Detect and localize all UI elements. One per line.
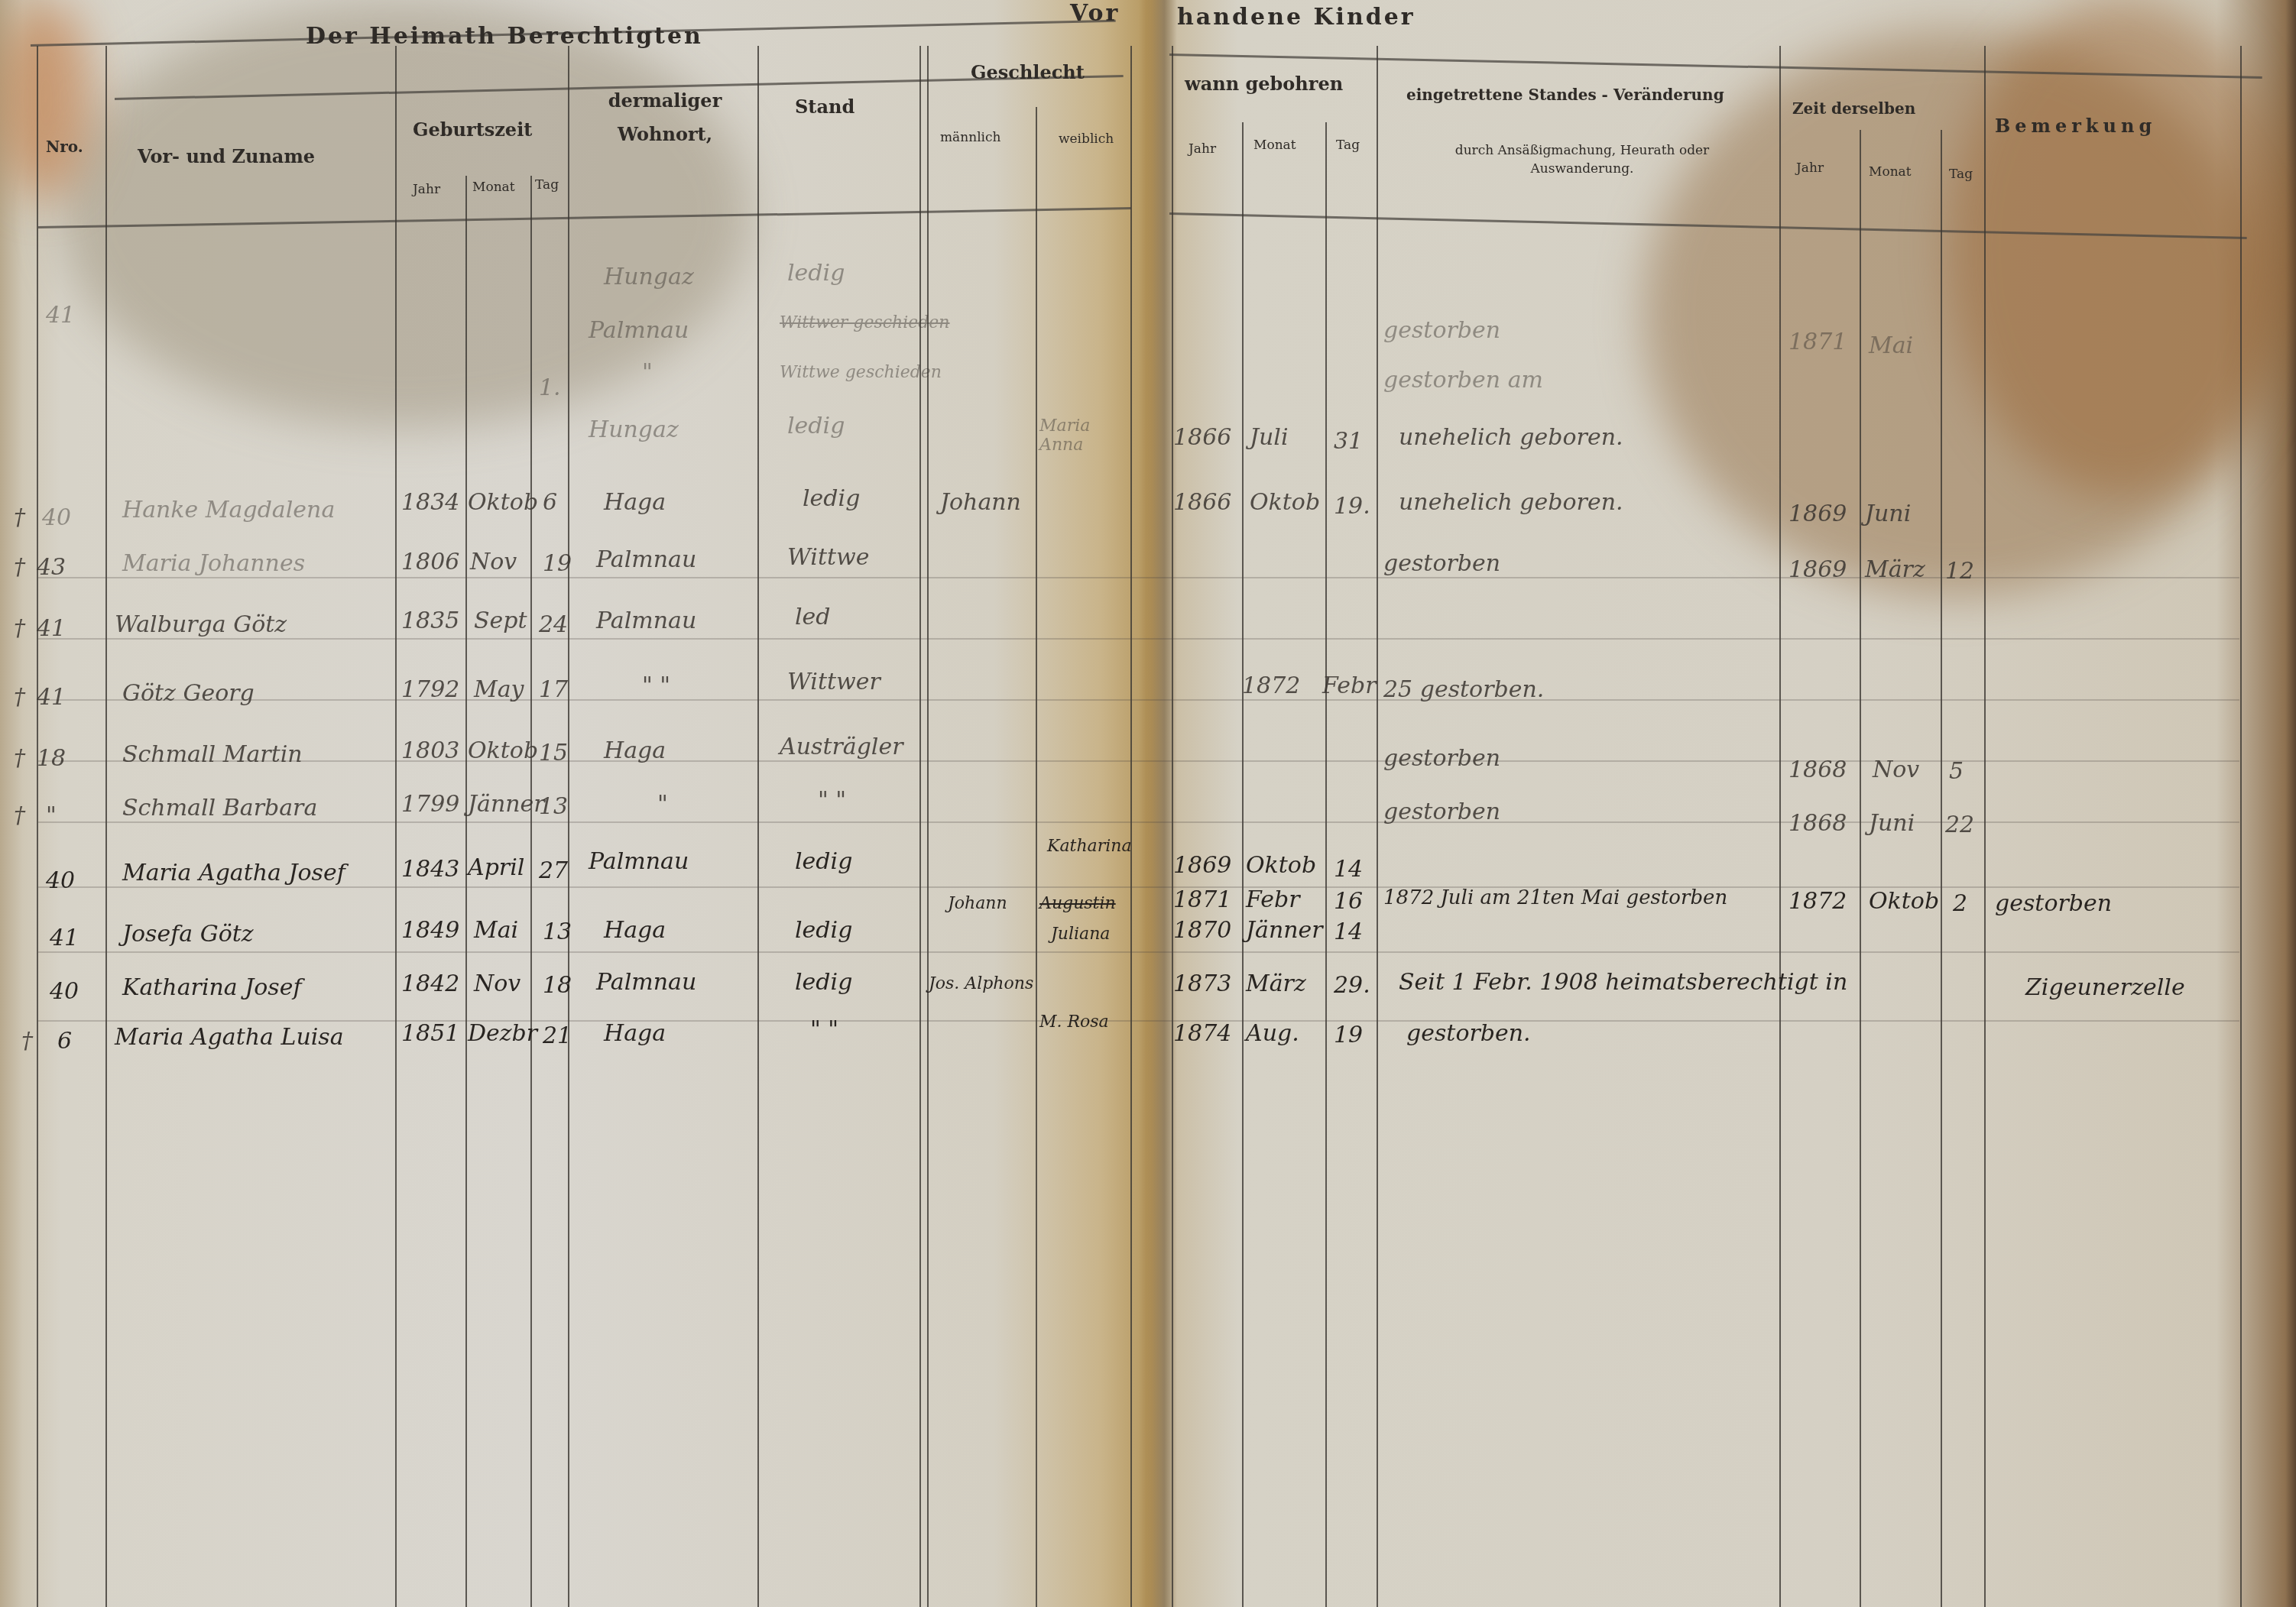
cell-name: Schmall Martin — [122, 741, 303, 768]
cell-wohnort: " — [657, 791, 668, 818]
header-weiblich: weiblich — [1059, 131, 1114, 147]
cell-tag: 27 — [539, 857, 568, 884]
cell-nro: 40 — [42, 504, 71, 531]
cell-z-jahr: 1871 — [1788, 329, 1847, 355]
cell-monat: Nov — [474, 970, 520, 997]
cell-stand: ledig — [787, 260, 845, 287]
cell-stand: " " — [810, 1016, 838, 1043]
cell-monat: Oktob — [468, 737, 538, 764]
cell-jahr: 1792 — [401, 676, 459, 703]
header-z-jahr: Jahr — [1796, 160, 1824, 176]
header-geb-jahr: Jahr — [413, 182, 440, 197]
col-line — [530, 176, 532, 1607]
cell-wohnort: Palmnau — [596, 969, 696, 996]
col-line — [919, 46, 921, 1607]
cell-k-monat: Oktob — [1246, 852, 1316, 879]
header-stand: Stand — [795, 96, 855, 118]
cell-k-tag: 16 — [1334, 888, 1363, 915]
death-cross-mark: † — [14, 554, 25, 581]
cell-z-tag: 2 — [1953, 890, 1967, 917]
cell-stand: ledig — [787, 413, 845, 439]
cell-weiblich: Augustin — [1039, 894, 1116, 913]
cell-z-tag: 22 — [1945, 812, 1974, 838]
death-cross-mark: † — [14, 504, 25, 531]
cell-jahr: 1806 — [401, 549, 459, 575]
cell-z-monat: Juni — [1865, 501, 1911, 527]
cell-nro: 6 — [57, 1028, 72, 1055]
cell-stand: Wittwer geschieden — [780, 313, 950, 332]
col-line — [1036, 107, 1037, 1607]
cell-tag: 13 — [539, 793, 568, 820]
cell-monat: Oktob — [468, 489, 538, 516]
death-cross-mark: † — [14, 615, 25, 642]
cell-k-monat: Juli — [1250, 424, 1289, 451]
col-line — [1377, 46, 1378, 1607]
cell-z-monat: Nov — [1873, 757, 1919, 783]
col-line — [37, 46, 38, 1607]
cell-monat: Dezbr — [468, 1020, 537, 1047]
cell-wohnort: Haga — [604, 489, 666, 516]
cell-k-jahr: 1872 — [1242, 672, 1300, 699]
cell-wohnort: Palmnau — [596, 546, 696, 573]
cell-wohnort: Hungaz — [604, 264, 694, 290]
cell-tag: 15 — [539, 740, 568, 766]
cell-stand: ledig — [795, 917, 852, 944]
open-register-book: Der Heimath Berechtigten Nro. Vor- und Z… — [0, 0, 2296, 1607]
col-line — [105, 46, 107, 1607]
cell-k-monat: Febr — [1246, 886, 1299, 913]
header-bemerkung: Bemerkung — [1995, 115, 2156, 137]
header-k-jahr: Jahr — [1189, 141, 1216, 157]
col-line — [927, 46, 929, 1607]
header-geschlecht: Geschlecht — [971, 61, 1085, 83]
cell-k-monat: Jänner — [1246, 917, 1323, 944]
row-rule — [38, 1020, 2239, 1022]
cell-nro: 41 — [46, 302, 75, 329]
header-standes-veraenderung: eingetrettene Standes - Veränderung — [1406, 86, 1724, 104]
cell-name: Maria Agatha Josef — [122, 860, 345, 886]
col-line — [1130, 46, 1132, 1607]
cell-nro: 41 — [50, 925, 79, 951]
cell-wohnort: Palmnau — [589, 848, 689, 875]
cell-veraenderung: unehelich geboren. — [1399, 424, 1623, 451]
header-z-monat: Monat — [1869, 164, 1912, 180]
cell-monat: Nov — [470, 549, 517, 575]
cell-k-monat: März — [1246, 970, 1306, 997]
cell-maennlich: Johann — [940, 489, 1021, 516]
cell-veraenderung: gestorben — [1383, 550, 1500, 577]
header-name: Vor- und Zuname — [138, 145, 315, 167]
death-cross-mark: † — [14, 802, 25, 829]
cell-monat: Jänner — [468, 791, 545, 818]
cell-bemerkung: Zigeunerzelle — [2025, 974, 2185, 1001]
cell-veraenderung: gestorben. — [1406, 1020, 1531, 1047]
cell-name: Maria Agatha Luisa — [115, 1024, 344, 1051]
cell-k-tag: 29. — [1334, 972, 1370, 999]
cell-name: Götz Georg — [122, 680, 255, 707]
cell-jahr: 1842 — [401, 970, 459, 997]
cell-veraenderung: gestorben am — [1383, 367, 1543, 394]
death-cross-mark: † — [14, 745, 25, 772]
cell-monat: Mai — [474, 917, 518, 944]
row-rule — [38, 638, 2239, 640]
cell-k-tag: 14 — [1334, 919, 1363, 945]
cell-nro: 40 — [46, 867, 75, 894]
col-line — [395, 46, 397, 1607]
col-line — [1984, 46, 1986, 1607]
cell-stand: ledig — [795, 848, 852, 875]
header-k-monat: Monat — [1253, 138, 1296, 153]
cell-veraenderung: Seit 1 Febr. 1908 heimatsberechtigt in — [1399, 969, 1847, 996]
cell-wohnort: Palmnau — [589, 317, 689, 344]
cell-weiblich: Katharina — [1047, 837, 1132, 856]
cell-maennlich: Jos. Alphons — [929, 974, 1033, 993]
death-cross-mark: † — [21, 1028, 33, 1055]
col-line — [1941, 130, 1942, 1607]
cell-stand: " " — [818, 787, 846, 814]
cell-wohnort: Haga — [604, 737, 666, 764]
cell-name: Katharina Josef — [122, 974, 302, 1001]
cell-veraenderung: gestorben — [1383, 799, 1500, 825]
cell-z-jahr: 1869 — [1788, 556, 1847, 583]
cell-z-monat: Oktob — [1869, 888, 1939, 915]
cell-wohnort: Palmnau — [596, 607, 696, 634]
col-line — [1779, 46, 1781, 1607]
cell-k-tag: 19. — [1334, 493, 1370, 520]
cell-maennlich: Johann — [948, 894, 1007, 913]
cell-monat: May — [474, 676, 524, 703]
header-k-tag: Tag — [1336, 138, 1360, 153]
right-page-title: handene Kinder — [1177, 4, 1416, 31]
cell-k-monat: Oktob — [1250, 489, 1320, 516]
cell-k-tag: 14 — [1334, 856, 1363, 883]
cell-stand: Wittwe geschieden — [780, 363, 942, 382]
cell-stand: ledig — [803, 485, 860, 512]
col-line — [757, 46, 759, 1607]
cell-tag: 1. — [539, 374, 561, 401]
cell-tag: 17 — [539, 676, 568, 703]
cell-stand: ledig — [795, 969, 852, 996]
cell-k-jahr: 1869 — [1173, 852, 1231, 879]
cell-monat: April — [468, 854, 524, 881]
cell-wohnort: " " — [642, 672, 670, 699]
cell-tag: 24 — [539, 611, 568, 638]
cell-nro: 18 — [37, 745, 66, 772]
cell-stand: Wittwe — [787, 544, 869, 571]
cell-k-jahr: 1871 — [1173, 886, 1231, 913]
cell-monat: Sept — [474, 607, 527, 634]
cell-jahr: 1799 — [401, 791, 459, 818]
cell-z-monat: Mai — [1869, 332, 1913, 359]
col-line — [1325, 122, 1327, 1607]
cell-nro: 40 — [50, 978, 79, 1005]
cell-k-monat: Aug. — [1246, 1020, 1299, 1047]
header-nro: Nro. — [46, 138, 83, 156]
water-stain — [1643, 31, 2270, 596]
cell-wohnort: Haga — [604, 1020, 666, 1047]
cell-jahr: 1843 — [401, 856, 459, 883]
left-page-title: Der Heimath Berechtigten — [306, 23, 703, 50]
cell-name: Walburga Götz — [115, 611, 287, 638]
cell-z-tag: 5 — [1949, 758, 1964, 785]
cell-name: Hanke Magdalena — [122, 497, 335, 523]
header-geb-tag: Tag — [535, 177, 559, 193]
header-bottom-rule-right — [1169, 212, 2247, 239]
cell-veraenderung: 25 gestorben. — [1383, 676, 1544, 703]
cell-jahr: 1834 — [401, 489, 459, 516]
cell-jahr: 1803 — [401, 737, 459, 764]
cell-name: Schmall Barbara — [122, 795, 317, 821]
header-wann-gebohren: wann gebohren — [1185, 73, 1343, 95]
cell-nro: 43 — [37, 554, 66, 581]
cell-name: Maria Johannes — [122, 550, 305, 577]
cell-k-jahr: 1866 — [1173, 424, 1231, 451]
cell-z-jahr: 1868 — [1788, 757, 1847, 783]
header-standes-sub: durch Ansäßigmachung, Heurath oder Auswa… — [1414, 141, 1750, 178]
cell-k-monat: Febr — [1322, 672, 1376, 699]
cell-jahr: 1849 — [401, 917, 459, 944]
col-line — [2240, 46, 2242, 1607]
cell-k-tag: 31 — [1334, 428, 1363, 455]
row-rule — [38, 951, 2239, 953]
cell-k-jahr: 1874 — [1173, 1020, 1231, 1047]
water-stain — [0, 0, 92, 199]
cell-wohnort: " — [642, 359, 653, 386]
header-maennlich: männlich — [940, 130, 1001, 145]
cell-veraenderung: unehelich geboren. — [1399, 489, 1623, 516]
cell-tag: 21 — [543, 1022, 572, 1049]
cell-name: Josefa Götz — [122, 921, 254, 948]
cell-weiblich: Maria Anna — [1039, 416, 1124, 455]
cell-stand: Wittwer — [787, 669, 880, 695]
header-bottom-rule — [38, 207, 1131, 228]
header-zeit-derselben: Zeit derselben — [1792, 99, 1915, 118]
cell-stand: led — [795, 604, 831, 630]
cell-z-monat: Juni — [1869, 810, 1915, 837]
cell-k-tag: 19 — [1334, 1022, 1363, 1048]
cell-veraenderung: 1872 Juli am 21ten Mai gestorben — [1383, 886, 1727, 909]
cell-veraenderung: gestorben — [1383, 317, 1500, 344]
cell-nro: 41 — [37, 615, 66, 642]
cell-veraenderung: gestorben — [1383, 745, 1500, 772]
cell-weiblich: M. Rosa — [1039, 1012, 1109, 1032]
death-cross-mark: † — [14, 684, 25, 711]
cell-weiblich: Juliana — [1051, 925, 1110, 944]
cell-jahr: 1835 — [401, 607, 459, 634]
cell-z-jahr: 1869 — [1788, 501, 1847, 527]
cell-z-monat: März — [1865, 556, 1925, 583]
cell-jahr: 1851 — [401, 1020, 459, 1047]
col-line — [1860, 130, 1861, 1607]
cell-z-tag: 12 — [1945, 558, 1974, 585]
row-rule — [38, 699, 2239, 701]
col-line — [1242, 122, 1244, 1607]
cell-nro: " — [46, 802, 57, 829]
cell-tag: 6 — [543, 489, 557, 516]
col-line — [465, 176, 467, 1607]
header-z-tag: Tag — [1949, 167, 1973, 182]
cell-tag: 18 — [543, 972, 572, 999]
cell-k-jahr: 1873 — [1173, 970, 1231, 997]
col-line — [568, 46, 569, 1607]
cell-wohnort: Haga — [604, 917, 666, 944]
cell-z-jahr: 1868 — [1788, 810, 1847, 837]
col-line — [1172, 46, 1173, 1607]
cell-k-jahr: 1870 — [1173, 917, 1231, 944]
header-geb-monat: Monat — [472, 180, 515, 195]
cell-stand: Austrägler — [780, 734, 903, 760]
right-page-title-left: Vor — [1070, 0, 1120, 27]
cell-wohnort: Hungaz — [589, 416, 679, 443]
cell-nro: 41 — [37, 684, 66, 711]
header-geburtszeit: Geburtszeit — [413, 118, 532, 141]
cell-k-jahr: 1866 — [1173, 489, 1231, 516]
header-wohnort: dermaliger Wohnort, — [592, 84, 738, 151]
cell-tag: 13 — [543, 919, 572, 945]
cell-z-jahr: 1872 — [1788, 888, 1847, 915]
cell-tag: 19 — [543, 550, 572, 577]
cell-bemerkung: gestorben — [1995, 890, 2112, 917]
